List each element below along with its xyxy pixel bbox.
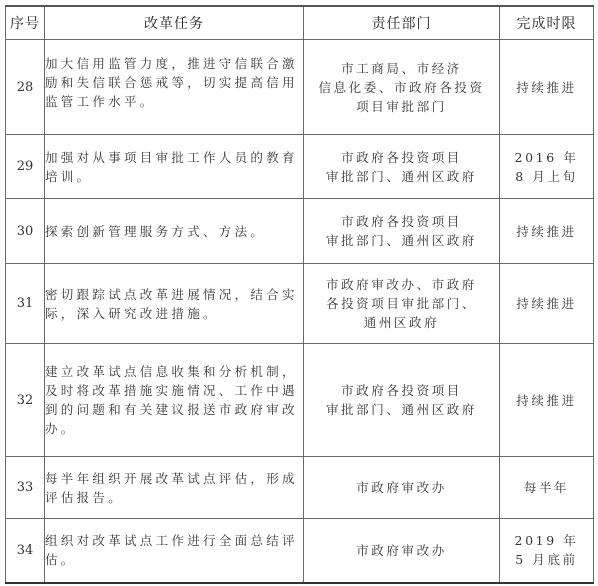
responsible-dept: 市政府各投资项目 审批部门、通州区政府	[304, 199, 500, 264]
deadline: 持续推进	[500, 199, 594, 264]
reform-task: 探索创新管理服务方式、方法。	[45, 199, 304, 264]
row-number: 29	[6, 135, 45, 199]
deadline-line: 5 月底前	[500, 550, 593, 569]
deadline-line: 持续推进	[500, 78, 593, 97]
row-number: 32	[6, 344, 45, 457]
row-number: 33	[6, 457, 45, 519]
header-no: 序号	[6, 6, 45, 40]
row-number: 31	[6, 264, 45, 344]
dept-line: 市政府审改办	[304, 541, 499, 560]
reform-task: 加强对从事项目审批工作人员的教育培训。	[45, 135, 304, 199]
header-task: 改革任务	[45, 6, 304, 40]
dept-line: 市政府审改办、市政府	[304, 275, 499, 294]
deadline: 2019 年 5 月底前	[500, 519, 594, 583]
deadline-line: 持续推进	[500, 294, 593, 313]
table-row: 31 密切跟踪试点改革进展情况，结合实际，深入研究改进措施。 市政府审改办、市政…	[6, 264, 594, 344]
deadline-line: 2019 年	[500, 531, 593, 550]
table-header-row: 序号 改革任务 责任部门 完成时限	[6, 6, 594, 40]
deadline-line: 持续推进	[500, 222, 593, 241]
deadline-line: 持续推进	[500, 391, 593, 410]
document-page: 序号 改革任务 责任部门 完成时限 28 加大信用监管力度，推进守信联合激励和失…	[0, 0, 598, 586]
table-row: 32 建立改革试点信息收集和分析机制，及时将改革措施实施情况、工作中遇到的问题和…	[6, 344, 594, 457]
responsible-dept: 市政府各投资项目 审批部门、通州区政府	[304, 135, 500, 199]
dept-line: 各投资项目审批部门、	[304, 294, 499, 313]
row-number: 34	[6, 519, 45, 583]
reform-task: 组织对改革试点工作进行全面总结评估。	[45, 519, 304, 583]
reform-task: 建立改革试点信息收集和分析机制，及时将改革措施实施情况、工作中遇到的问题和有关建…	[45, 344, 304, 457]
responsible-dept: 市政府审改办、市政府 各投资项目审批部门、 通州区政府	[304, 264, 500, 344]
reform-task: 加大信用监管力度，推进守信联合激励和失信联合惩戒等，切实提高信用监管工作水平。	[45, 40, 304, 135]
table-row: 30 探索创新管理服务方式、方法。 市政府各投资项目 审批部门、通州区政府 持续…	[6, 199, 594, 264]
deadline-line: 每半年	[500, 478, 593, 497]
dept-line: 市政府各投资项目	[304, 212, 499, 231]
reform-task: 密切跟踪试点改革进展情况，结合实际，深入研究改进措施。	[45, 264, 304, 344]
dept-line: 信息化委、市政府各投资	[304, 78, 499, 97]
dept-line: 审批部门、通州区政府	[304, 231, 499, 250]
table-row: 34 组织对改革试点工作进行全面总结评估。 市政府审改办 2019 年 5 月底…	[6, 519, 594, 583]
deadline: 每半年	[500, 457, 594, 519]
dept-line: 审批部门、通州区政府	[304, 167, 499, 186]
dept-line: 审批部门、通州区政府	[304, 400, 499, 419]
header-dept: 责任部门	[304, 6, 500, 40]
responsible-dept: 市政府各投资项目 审批部门、通州区政府	[304, 344, 500, 457]
row-number: 28	[6, 40, 45, 135]
reform-task-table: 序号 改革任务 责任部门 完成时限 28 加大信用监管力度，推进守信联合激励和失…	[5, 5, 594, 584]
table-row: 29 加强对从事项目审批工作人员的教育培训。 市政府各投资项目 审批部门、通州区…	[6, 135, 594, 199]
deadline: 持续推进	[500, 40, 594, 135]
deadline: 持续推进	[500, 344, 594, 457]
responsible-dept: 市工商局、市经济 信息化委、市政府各投资 项目审批部门	[304, 40, 500, 135]
reform-task: 每半年组织开展改革试点评估，形成评估报告。	[45, 457, 304, 519]
table-row: 33 每半年组织开展改革试点评估，形成评估报告。 市政府审改办 每半年	[6, 457, 594, 519]
dept-line: 市工商局、市经济	[304, 59, 499, 78]
responsible-dept: 市政府审改办	[304, 457, 500, 519]
dept-line: 市政府各投资项目	[304, 148, 499, 167]
dept-line: 通州区政府	[304, 313, 499, 332]
header-deadline: 完成时限	[500, 6, 594, 40]
dept-line: 市政府各投资项目	[304, 381, 499, 400]
deadline-line: 8 月上旬	[500, 167, 593, 186]
deadline: 2016 年 8 月上旬	[500, 135, 594, 199]
dept-line: 项目审批部门	[304, 97, 499, 116]
table-row: 28 加大信用监管力度，推进守信联合激励和失信联合惩戒等，切实提高信用监管工作水…	[6, 40, 594, 135]
dept-line: 市政府审改办	[304, 478, 499, 497]
deadline: 持续推进	[500, 264, 594, 344]
row-number: 30	[6, 199, 45, 264]
responsible-dept: 市政府审改办	[304, 519, 500, 583]
deadline-line: 2016 年	[500, 148, 593, 167]
